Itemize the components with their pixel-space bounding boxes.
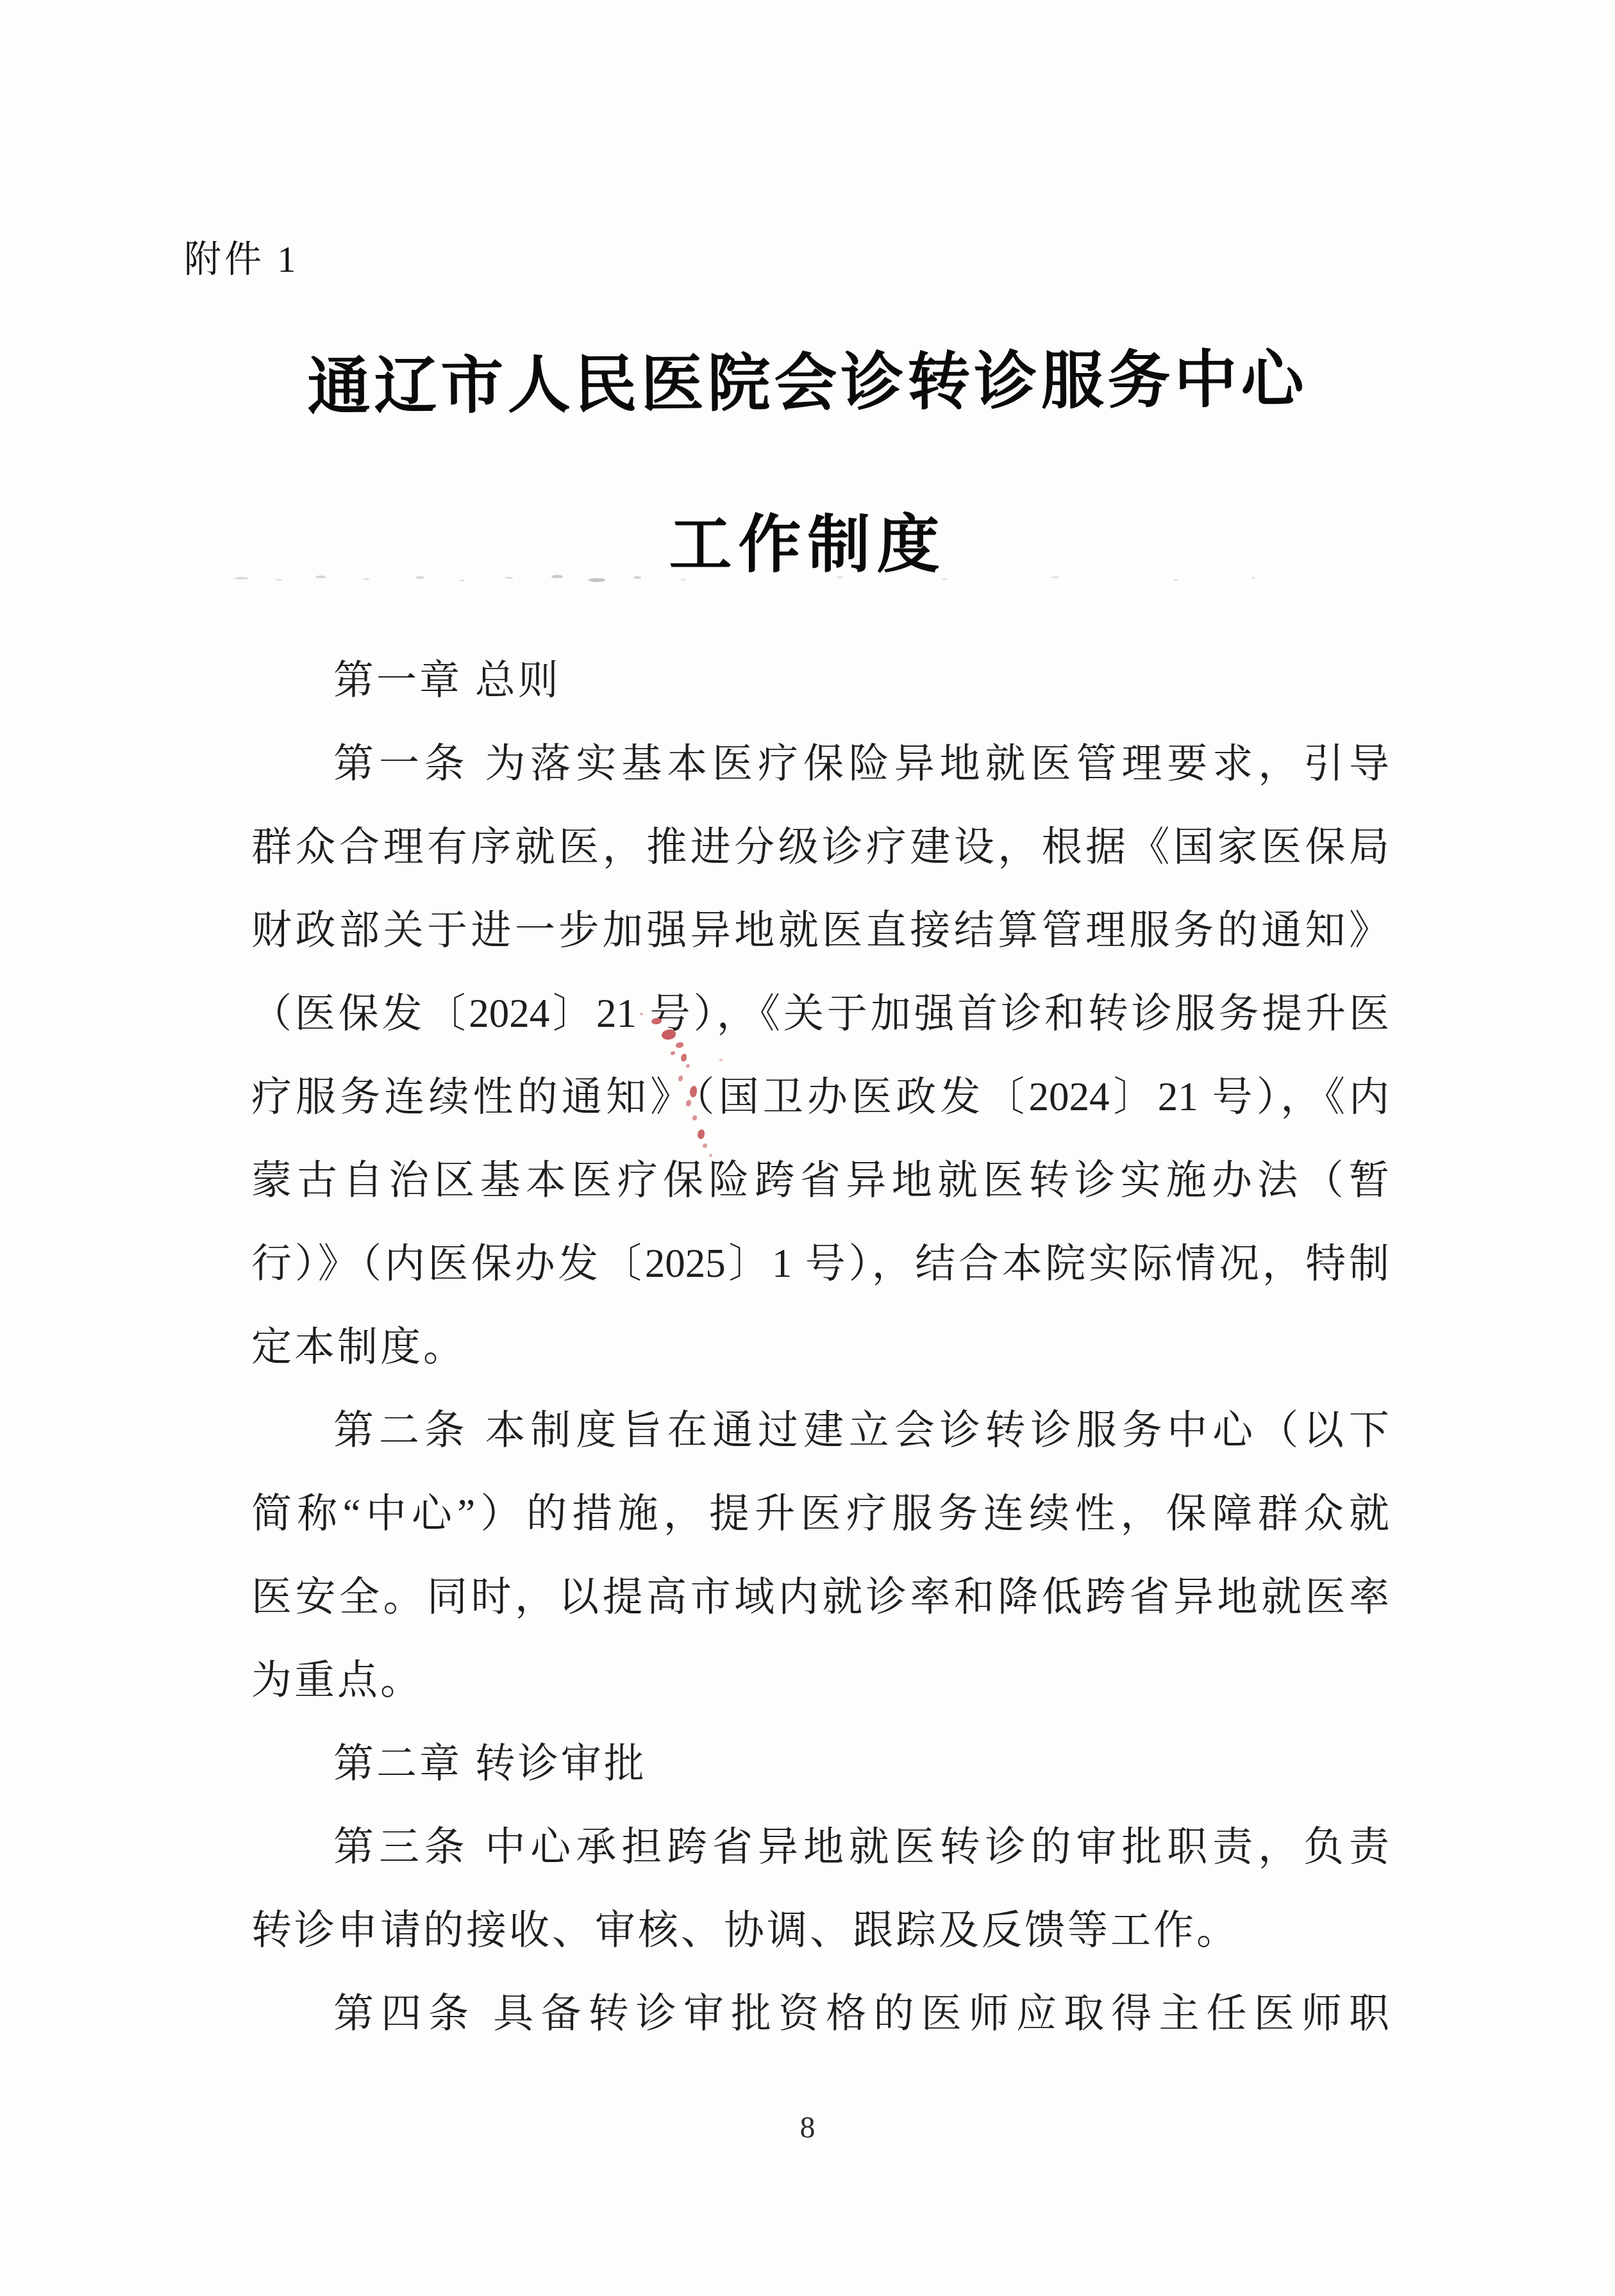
body-line: 第三条 中心承担跨省异地就医转诊的审批职责，负责 bbox=[251, 1805, 1389, 1888]
body-line: 第四条 具备转诊审批资格的医师应取得主任医师职 bbox=[251, 1972, 1389, 2055]
body-line: 第一条 为落实基本医疗保险异地就医管理要求，引导 bbox=[251, 722, 1389, 805]
scan-speck bbox=[460, 579, 464, 581]
body-line: 医安全。同时，以提高市域内就诊率和降低跨省异地就医率 bbox=[251, 1555, 1389, 1638]
scan-speck bbox=[276, 579, 282, 581]
body-line: 蒙古自治区基本医疗保险跨省异地就医转诊实施办法（暂 bbox=[251, 1138, 1389, 1222]
body-line: 第二章 转诊审批 bbox=[251, 1722, 1389, 1805]
page-number: 8 bbox=[0, 2113, 1615, 2143]
document-subtitle: 工作制度 bbox=[0, 513, 1615, 579]
body-line: 群众合理有序就医，推进分级诊疗建设，根据《国家医保局 bbox=[251, 805, 1389, 888]
attachment-label: 附件 1 bbox=[184, 241, 299, 278]
body-text: 第一章 总则第一条 为落实基本医疗保险异地就医管理要求，引导群众合理有序就医，推… bbox=[251, 638, 1389, 2055]
body-line: 第二条 本制度旨在通过建立会诊转诊服务中心（以下 bbox=[251, 1388, 1389, 1472]
scan-speck bbox=[1173, 579, 1178, 581]
body-line: 转诊申请的接收、审核、协调、跟踪及反馈等工作。 bbox=[251, 1888, 1389, 1972]
document-title: 通辽市人民医院会诊转诊服务中心 bbox=[0, 345, 1615, 424]
document-page: 附件 1 通辽市人民医院会诊转诊服务中心 工作制度 第一章 总则第一条 为落实基… bbox=[0, 0, 1615, 2296]
body-line: 为重点。 bbox=[251, 1638, 1389, 1722]
body-line: 行）》（内医保办发〔2025〕1 号），结合本院实际情况，特制 bbox=[251, 1222, 1389, 1305]
body-line: 财政部关于进一步加强异地就医直接结算管理服务的通知》 bbox=[251, 888, 1389, 972]
body-line: 第一章 总则 bbox=[251, 638, 1389, 722]
body-line: （医保发〔2024〕21 号），《关于加强首诊和转诊服务提升医 bbox=[251, 972, 1389, 1055]
scan-speck bbox=[589, 578, 605, 582]
body-line: 疗服务连续性的通知》（国卫办医政发〔2024〕21 号），《内 bbox=[251, 1055, 1389, 1138]
body-line: 定本制度。 bbox=[251, 1305, 1389, 1388]
body-line: 简称“中心”）的措施，提升医疗服务连续性，保障群众就 bbox=[251, 1472, 1389, 1555]
